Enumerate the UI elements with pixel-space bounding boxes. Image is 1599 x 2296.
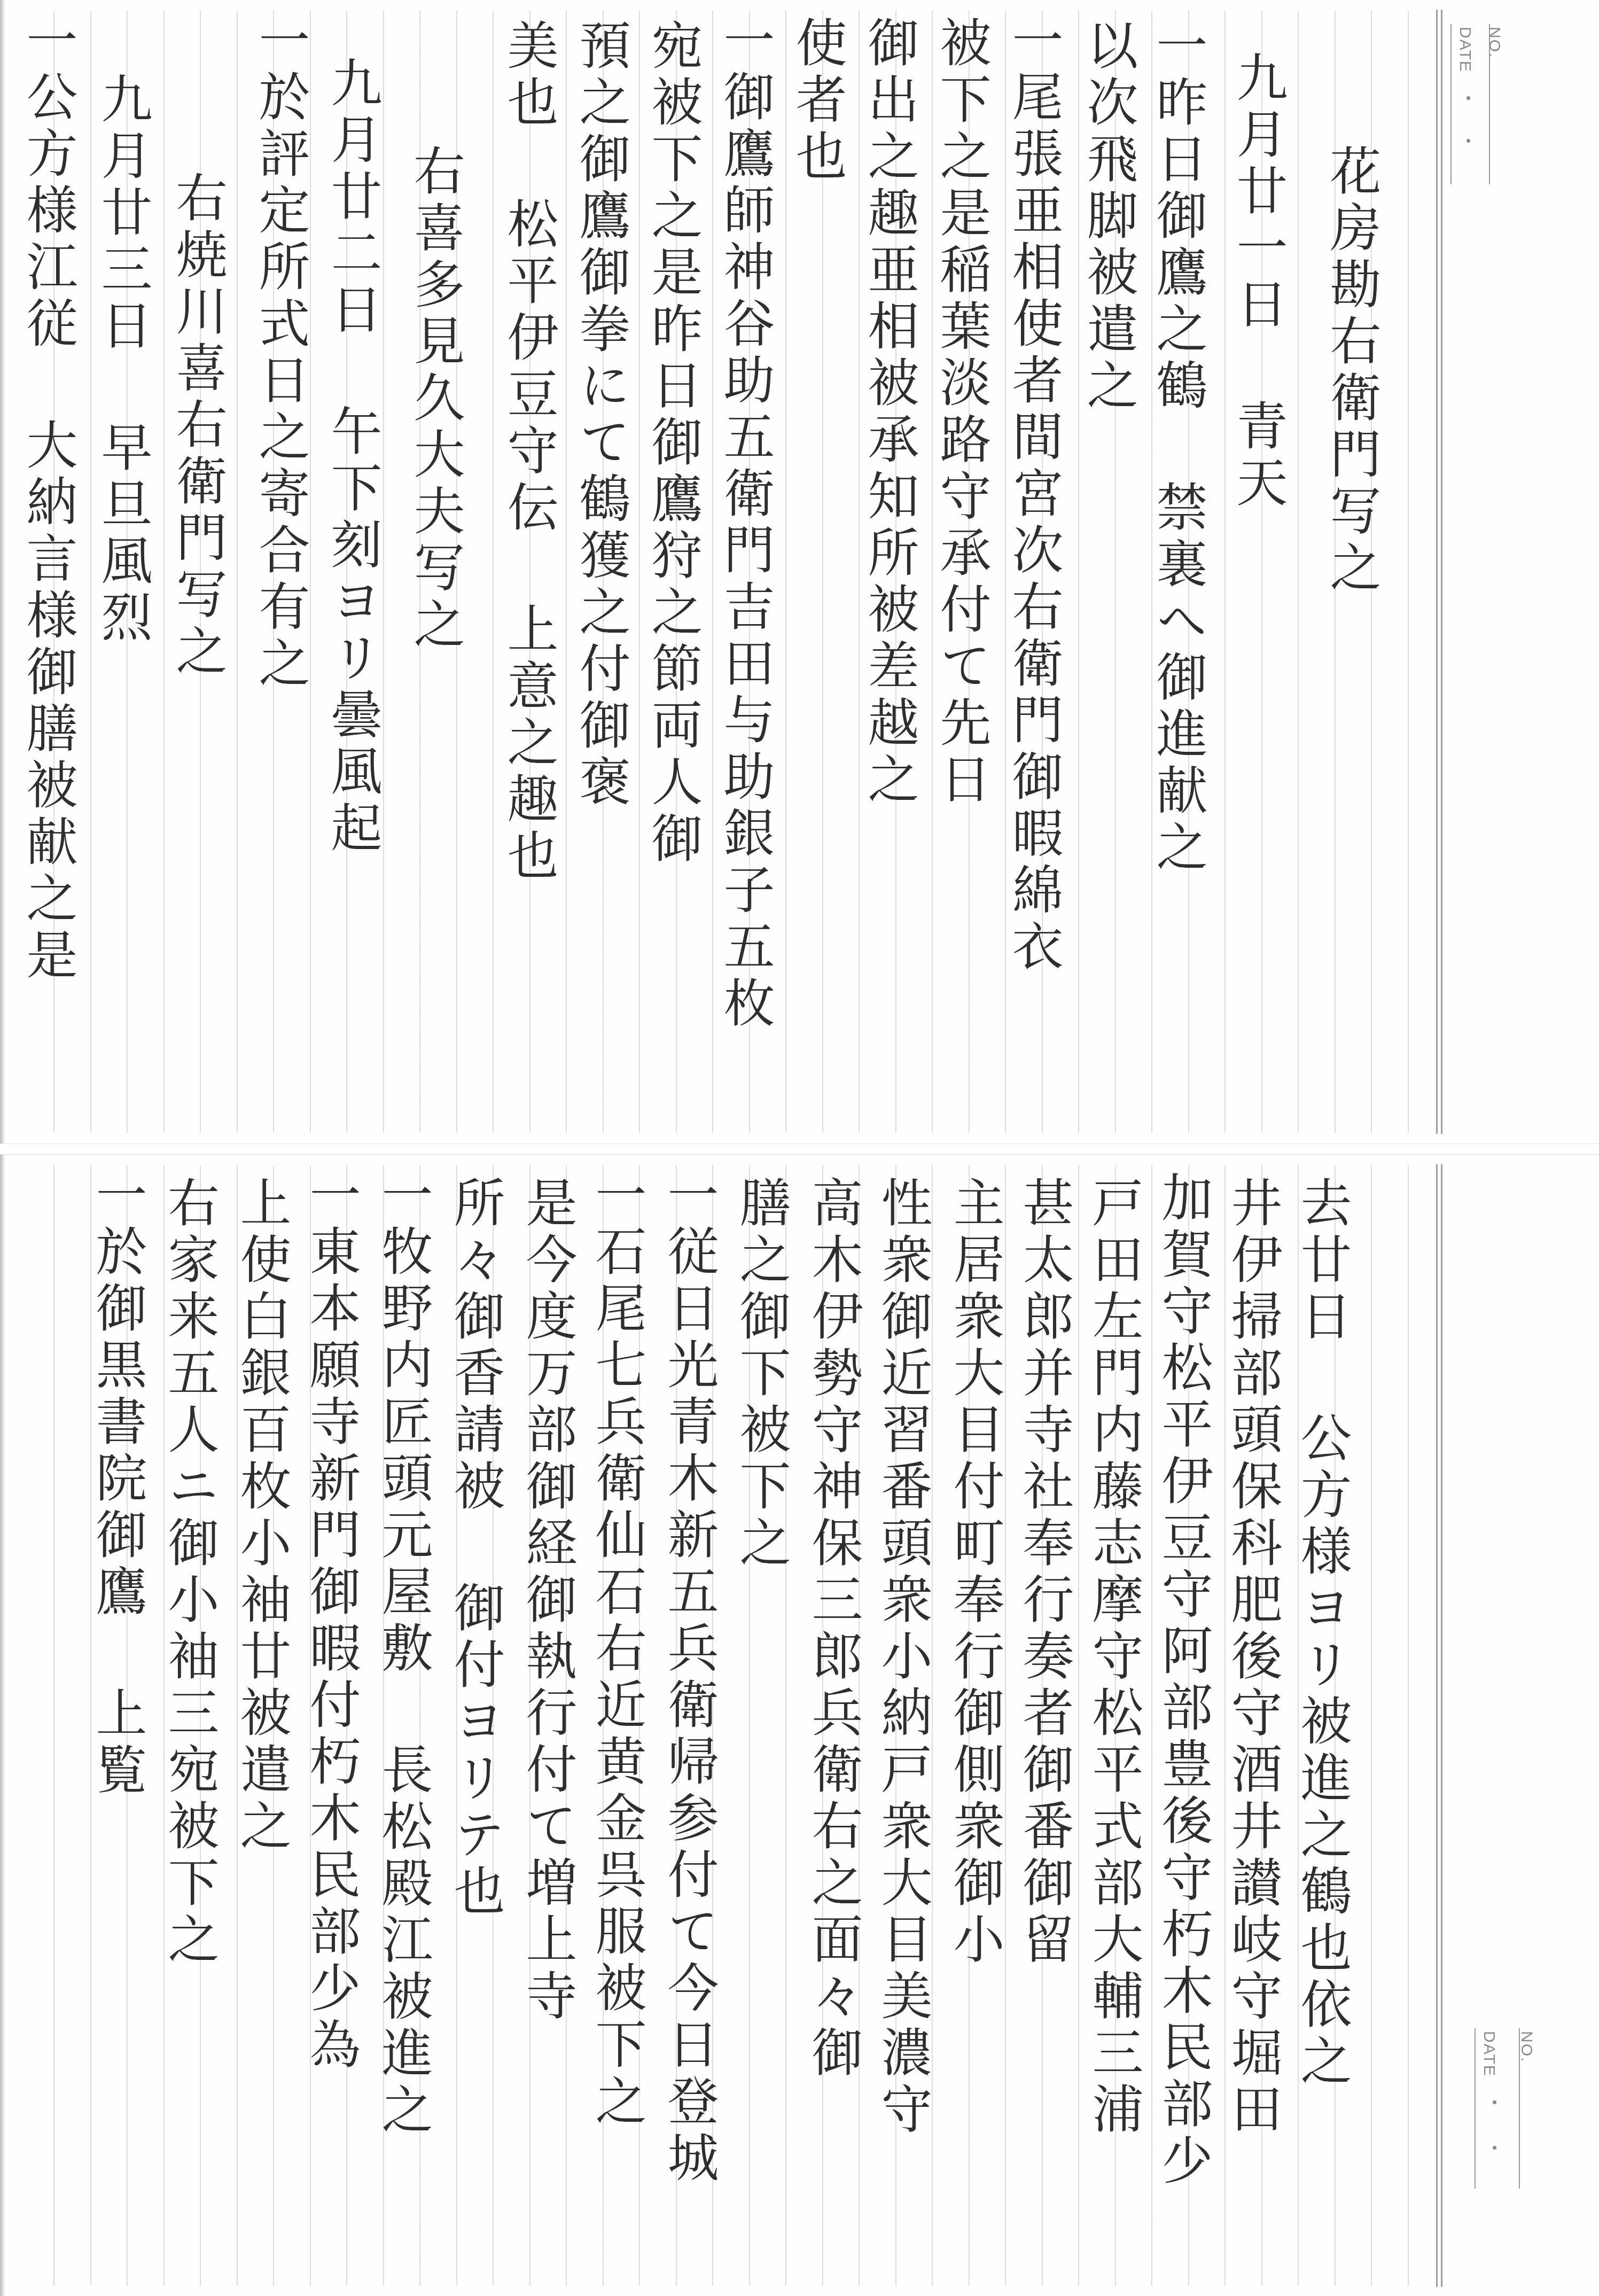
date-field-line — [1450, 24, 1452, 184]
date-separator-dot — [1493, 2146, 1496, 2150]
handwritten-column: 一石尾七兵衛仙石右近黄金呉服被下之 — [591, 1168, 643, 2131]
handwritten-column: 井伊掃部頭保科肥後守酒井讃岐守堀田 — [1227, 1176, 1278, 2139]
notebook-page-top: NO. DATE 花房勘右衛門写之九月廿一日 青天一昨日御鷹之鶴 禁裏へ御進献之… — [0, 0, 1599, 1144]
handwritten-column: 一従日光青木新五兵衛帰参付て今日登城 — [664, 1168, 715, 2188]
handwritten-column: 一公方様江従 大納言様御膳被献之是 — [22, 13, 74, 985]
handwritten-column: 右焼川喜右衛門写之 — [172, 171, 223, 681]
ruled-line — [785, 11, 786, 1133]
no-label: NO. — [1485, 27, 1503, 58]
handwritten-column: 加賀守松平伊豆守阿部豊後守朽木民部少 — [1158, 1171, 1209, 2190]
ruled-line — [1005, 1165, 1006, 2286]
date-separator-dot — [1467, 96, 1470, 100]
handwritten-column: 右喜多見久大夫写之 — [410, 144, 461, 654]
ruled-line — [1298, 11, 1299, 1133]
ruled-line — [1371, 1165, 1372, 2286]
handwritten-column: 九月廿二日 午下刻ヨリ曇風起 — [327, 56, 378, 858]
ruled-line — [90, 11, 91, 1133]
handwritten-column: 性衆御近習番頭衆小納戸衆大目美濃守 — [877, 1176, 929, 2139]
handwritten-column: 九月廿三日 早旦風烈 — [97, 72, 149, 647]
ruled-line — [1078, 1165, 1079, 2286]
ruled-line — [53, 1165, 54, 2286]
margin-double-rule — [1441, 1164, 1442, 2287]
handwritten-column: 被下之是稲葉淡路守承付て先日 — [936, 16, 987, 809]
no-label: NO. — [1517, 2031, 1535, 2062]
handwritten-column: 去廿日 公方様ヨリ被進之鶴也依之 — [1297, 1176, 1348, 2091]
ruled-line — [1224, 11, 1226, 1133]
date-separator-dot — [1467, 139, 1470, 143]
margin-double-rule — [1436, 10, 1438, 1134]
handwritten-column: 是今度万部御経御執行付て増上寺 — [522, 1176, 573, 2026]
handwritten-column: 甚太郎并寺社奉行奏者御番御留 — [1019, 1176, 1070, 1969]
handwritten-column: 花房勘右衛門写之 — [1326, 144, 1377, 597]
ruled-line — [237, 11, 238, 1133]
handwritten-column: 御出之趣亜相被承知所被差越之 — [864, 16, 915, 809]
handwritten-column: 一御鷹師神谷助五衛門吉田与助銀子五枚 — [720, 13, 771, 1033]
handwritten-column: 宛被下之是昨日御鷹狩之節両人御 — [648, 19, 699, 868]
date-field-line — [1475, 2028, 1476, 2189]
handwritten-column: 預之御鷹御拳にて鶴獲之付御褒 — [575, 19, 627, 812]
no-field-line — [1489, 24, 1490, 184]
ruled-line — [639, 11, 640, 1133]
date-label: DATE — [1480, 2031, 1498, 2077]
scan-edge-shadow — [0, 0, 5, 1143]
notebook-page-bottom: NO. DATE 去廿日 公方様ヨリ被進之鶴也依之井伊掃部頭保科肥後守酒井讃岐守… — [0, 1154, 1599, 2296]
handwritten-column: 一於評定所式日之寄合有之 — [255, 13, 306, 693]
handwritten-column: 一昨日御鷹之鶴 禁裏へ御進献之 — [1152, 19, 1204, 877]
date-label: DATE — [1456, 27, 1474, 73]
margin-double-rule — [1436, 1164, 1438, 2287]
handwritten-column: 使者也 — [792, 16, 843, 186]
handwritten-column: 高木伊勢守神保三郎兵衛右之面々御 — [808, 1176, 859, 2082]
handwritten-column: 戸田左門内藤志摩守松平式部大輔三浦 — [1088, 1176, 1140, 2139]
handwritten-column: 以次飛脚被遣之 — [1083, 19, 1134, 415]
ruled-line — [566, 11, 567, 1133]
ruled-line — [1151, 1165, 1152, 2286]
margin-double-rule — [1441, 10, 1442, 1134]
handwritten-column: 上使白銀百枚小袖廿被遣之 — [236, 1176, 287, 1856]
handwritten-column: 美也 松平伊豆守伝 上意之趣也 — [503, 19, 555, 885]
ruled-line — [383, 11, 384, 1133]
handwritten-column: 右家来五人ニ御小袖三宛被下之 — [164, 1176, 215, 1969]
handwritten-column: 一於御黒書院御鷹 上覧 — [92, 1168, 143, 1800]
ruled-line — [1408, 1165, 1409, 2286]
handwritten-column: 所々御香請被 御付ヨリテ也 — [450, 1176, 501, 1921]
handwritten-column: 九月廿一日 青天 — [1233, 51, 1284, 512]
scan-edge-shadow — [0, 1155, 5, 2296]
handwritten-column: 一東本願寺新門御暇付朽木民部少為 — [306, 1168, 357, 2074]
handwritten-column: 主居衆大目付町奉行御側衆御小 — [949, 1176, 1001, 1969]
handwritten-column: 膳之御下被下之 — [736, 1176, 787, 1573]
handwritten-column: 一尾張亜相使者間宮次右衛門御暇綿衣 — [1008, 13, 1059, 976]
ruled-line — [712, 11, 713, 1133]
handwritten-column: 一牧野内匠頭元屋敷 長松殿江被進之 — [378, 1168, 429, 2139]
ruled-line — [163, 11, 165, 1133]
ruled-line — [1408, 11, 1409, 1133]
no-field-line — [1519, 2028, 1520, 2189]
ruled-line — [493, 11, 494, 1133]
date-separator-dot — [1493, 2100, 1496, 2104]
